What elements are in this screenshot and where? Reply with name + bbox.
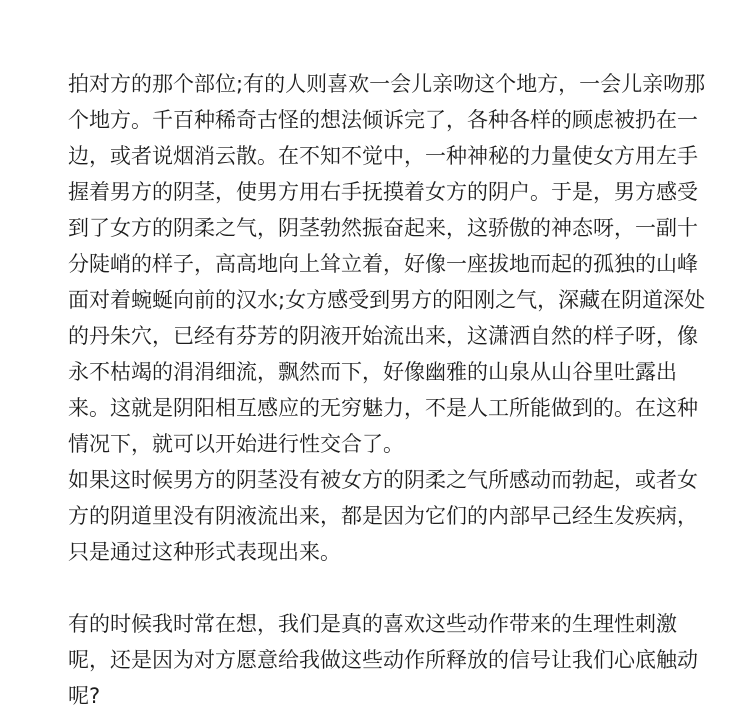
text-line: 呢? xyxy=(68,678,694,706)
text-line: 到了女方的阴柔之气，阴茎勃然振奋起来，这骄傲的神态呀，一副十 xyxy=(68,210,694,246)
text-line: 永不枯竭的涓涓细流，飘然而下，好像幽雅的山泉从山谷里吐露出 xyxy=(68,354,694,390)
text-line: 来。这就是阴阳相互感应的无穷魅力，不是人工所能做到的。在这种 xyxy=(68,390,694,426)
text-line: 拍对方的那个部位;有的人则喜欢一会儿亲吻这个地方，一会儿亲吻那 xyxy=(68,66,694,102)
text-line: 个地方。千百种稀奇古怪的想法倾诉完了，各种各样的顾虑被扔在一 xyxy=(68,102,694,138)
text-line: 有的时候我时常在想，我们是真的喜欢这些动作带来的生理性刺激 xyxy=(68,606,694,642)
text-line: 的丹朱穴，已经有芬芳的阴液开始流出来，这潇洒自然的样子呀，像 xyxy=(68,318,694,354)
text-line: 分陡峭的样子，高高地向上耸立着，好像一座拔地而起的孤独的山峰 xyxy=(68,246,694,282)
text-line: 边，或者说烟消云散。在不知不觉中，一种神秘的力量使女方用左手 xyxy=(68,138,694,174)
paragraph: 拍对方的那个部位;有的人则喜欢一会儿亲吻这个地方，一会儿亲吻那个地方。千百种稀奇… xyxy=(68,66,694,462)
text-line: 情况下，就可以开始进行性交合了。 xyxy=(68,426,694,462)
paragraph: 如果这时候男方的阴茎没有被女方的阴柔之气所感动而勃起，或者女方的阴道里没有阴液流… xyxy=(68,462,694,570)
text-line: 如果这时候男方的阴茎没有被女方的阴柔之气所感动而勃起，或者女 xyxy=(68,462,694,498)
text-line: 呢，还是因为对方愿意给我做这些动作所释放的信号让我们心底触动 xyxy=(68,642,694,678)
text-line: 只是通过这种形式表现出来。 xyxy=(68,534,694,570)
document-page: 拍对方的那个部位;有的人则喜欢一会儿亲吻这个地方，一会儿亲吻那个地方。千百种稀奇… xyxy=(0,0,756,706)
paragraph: 有的时候我时常在想，我们是真的喜欢这些动作带来的生理性刺激呢，还是因为对方愿意给… xyxy=(68,606,694,706)
text-line: 握着男方的阴茎，使男方用右手抚摸着女方的阴户。于是，男方感受 xyxy=(68,174,694,210)
text-line: 方的阴道里没有阴液流出来，都是因为它们的内部早己经生发疾病， xyxy=(68,498,694,534)
text-line: 面对着蜿蜒向前的汉水;女方感受到男方的阳刚之气，深藏在阴道深处 xyxy=(68,282,694,318)
